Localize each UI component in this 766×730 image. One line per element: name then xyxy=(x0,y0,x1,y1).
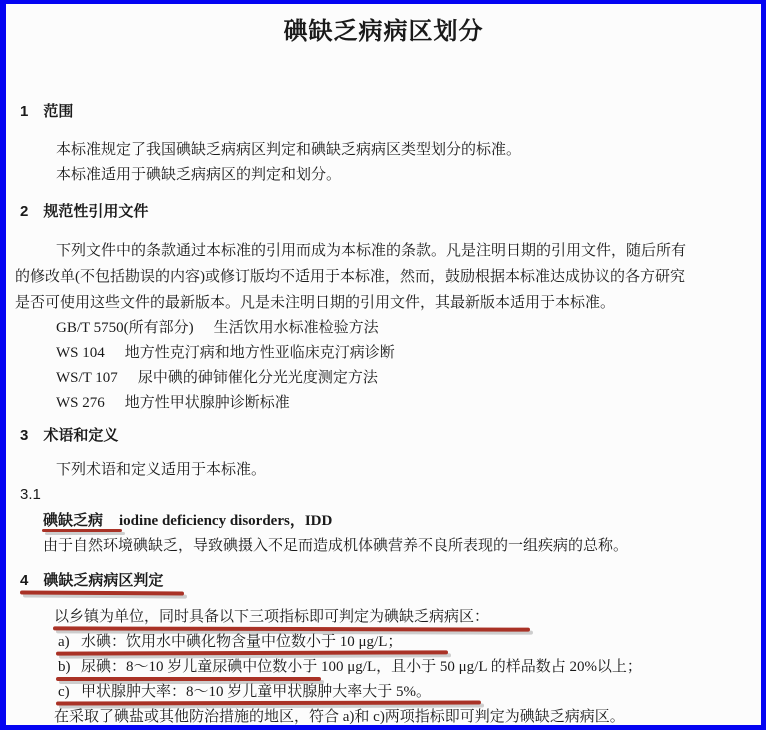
scope-paragraph-2: 本标准适用于碘缺乏病病区的判定和划分。 xyxy=(15,163,752,188)
criteria-intro: 以乡镇为单位，同时具备以下三项指标即可判定为碘缺乏病病区： xyxy=(15,605,752,630)
section-4-heading: 4碘缺乏病病区判定 xyxy=(15,570,752,592)
heading-title: 术语和定义 xyxy=(43,427,118,444)
list-item-c: c)甲状腺肿大率：8～10 岁儿童甲状腺肿大率大于 5%。 xyxy=(15,680,752,705)
heading-number: 3 xyxy=(20,427,28,444)
normative-intro-line-3: 是否可使用这些文件的最新版本。凡是未注明日期的引用文件，其最新版本适用于本标准。 xyxy=(15,290,752,316)
heading-number: 2 xyxy=(20,203,28,220)
list-item-a: a)水碘：饮用水中碘化物含量中位数小于 10 μg/L； xyxy=(15,630,752,655)
document-page: 碘缺乏病病区划分 1范围 本标准规定了我国碘缺乏病病区判定和碘缺乏病病区类型划分… xyxy=(0,0,766,730)
red-underline-annotation xyxy=(20,590,184,595)
closing-paragraph: 在采取了碘盐或其他防治措施的地区，符合 a)和 c)两项指标即可判定为碘缺乏病病… xyxy=(15,705,752,730)
heading-title: 范围 xyxy=(43,103,73,120)
red-underline-annotation xyxy=(42,529,122,532)
heading-number: 1 xyxy=(20,103,28,120)
reference-code: WS 276 xyxy=(56,395,105,411)
reference-name: 地方性克汀病和地方性亚临床克汀病诊断 xyxy=(125,345,395,361)
heading-title: 规范性引用文件 xyxy=(43,203,148,220)
term-line: 碘缺乏病iodine deficiency disorders，IDD xyxy=(15,508,752,534)
reference-item: WS/T 107尿中碘的砷铈催化分光光度测定方法 xyxy=(15,366,752,391)
reference-name: 尿中碘的砷铈催化分光光度测定方法 xyxy=(138,370,378,386)
document-title: 碘缺乏病病区划分 xyxy=(15,16,752,48)
clause-number: 3.1 xyxy=(15,484,752,506)
reference-code: WS 104 xyxy=(56,345,105,361)
reference-code: WS/T 107 xyxy=(56,370,118,386)
heading-number: 4 xyxy=(20,572,28,589)
item-text: 甲状腺肿大率：8～10 岁儿童甲状腺肿大率大于 5%。 xyxy=(81,684,431,700)
list-item-b: b)尿碘：8～10 岁儿童尿碘中位数小于 100 μg/L，且小于 50 μg/… xyxy=(15,655,752,680)
terms-intro: 下列术语和定义适用于本标准。 xyxy=(15,458,752,483)
reference-item: WS 276地方性甲状腺肿诊断标准 xyxy=(15,391,752,416)
reference-name: 地方性甲状腺肿诊断标准 xyxy=(125,395,290,411)
reference-item: WS 104地方性克汀病和地方性亚临床克汀病诊断 xyxy=(15,341,752,366)
normative-intro-line-2: 的修改单(不包括勘误的内容)或修订版均不适用于本标准，然而，鼓励根据本标准达成协… xyxy=(15,264,752,290)
term-definition: 由于自然环境碘缺乏，导致碘摄入不足而造成机体碘营养不良所表现的一组疾病的总称。 xyxy=(15,534,752,559)
term-chinese: 碘缺乏病 xyxy=(43,512,103,529)
reference-name: 生活饮用水标准检验方法 xyxy=(214,320,379,336)
red-underline-annotation xyxy=(56,700,481,705)
section-2-heading: 2规范性引用文件 xyxy=(15,201,752,223)
item-text: 水碘：饮用水中碘化物含量中位数小于 10 μg/L； xyxy=(81,634,402,650)
reference-code: GB/T 5750(所有部分) xyxy=(56,320,194,336)
heading-title: 碘缺乏病病区判定 xyxy=(43,572,163,589)
reference-item: GB/T 5750(所有部分)生活饮用水标准检验方法 xyxy=(15,316,752,341)
section-3-heading: 3术语和定义 xyxy=(15,425,752,447)
normative-intro-line-1: 下列文件中的条款通过本标准的引用而成为本标准的条款。凡是注明日期的引用文件，随后… xyxy=(15,238,752,264)
scope-paragraph-1: 本标准规定了我国碘缺乏病病区判定和碘缺乏病病区类型划分的标准。 xyxy=(15,138,752,163)
section-1-heading: 1范围 xyxy=(15,101,752,123)
item-text: 尿碘：8～10 岁儿童尿碘中位数小于 100 μg/L，且小于 50 μg/L … xyxy=(81,659,642,675)
criteria-intro-text: 以乡镇为单位，同时具备以下三项指标即可判定为碘缺乏病病区： xyxy=(54,609,489,625)
term-english: iodine deficiency disorders，IDD xyxy=(119,513,332,529)
